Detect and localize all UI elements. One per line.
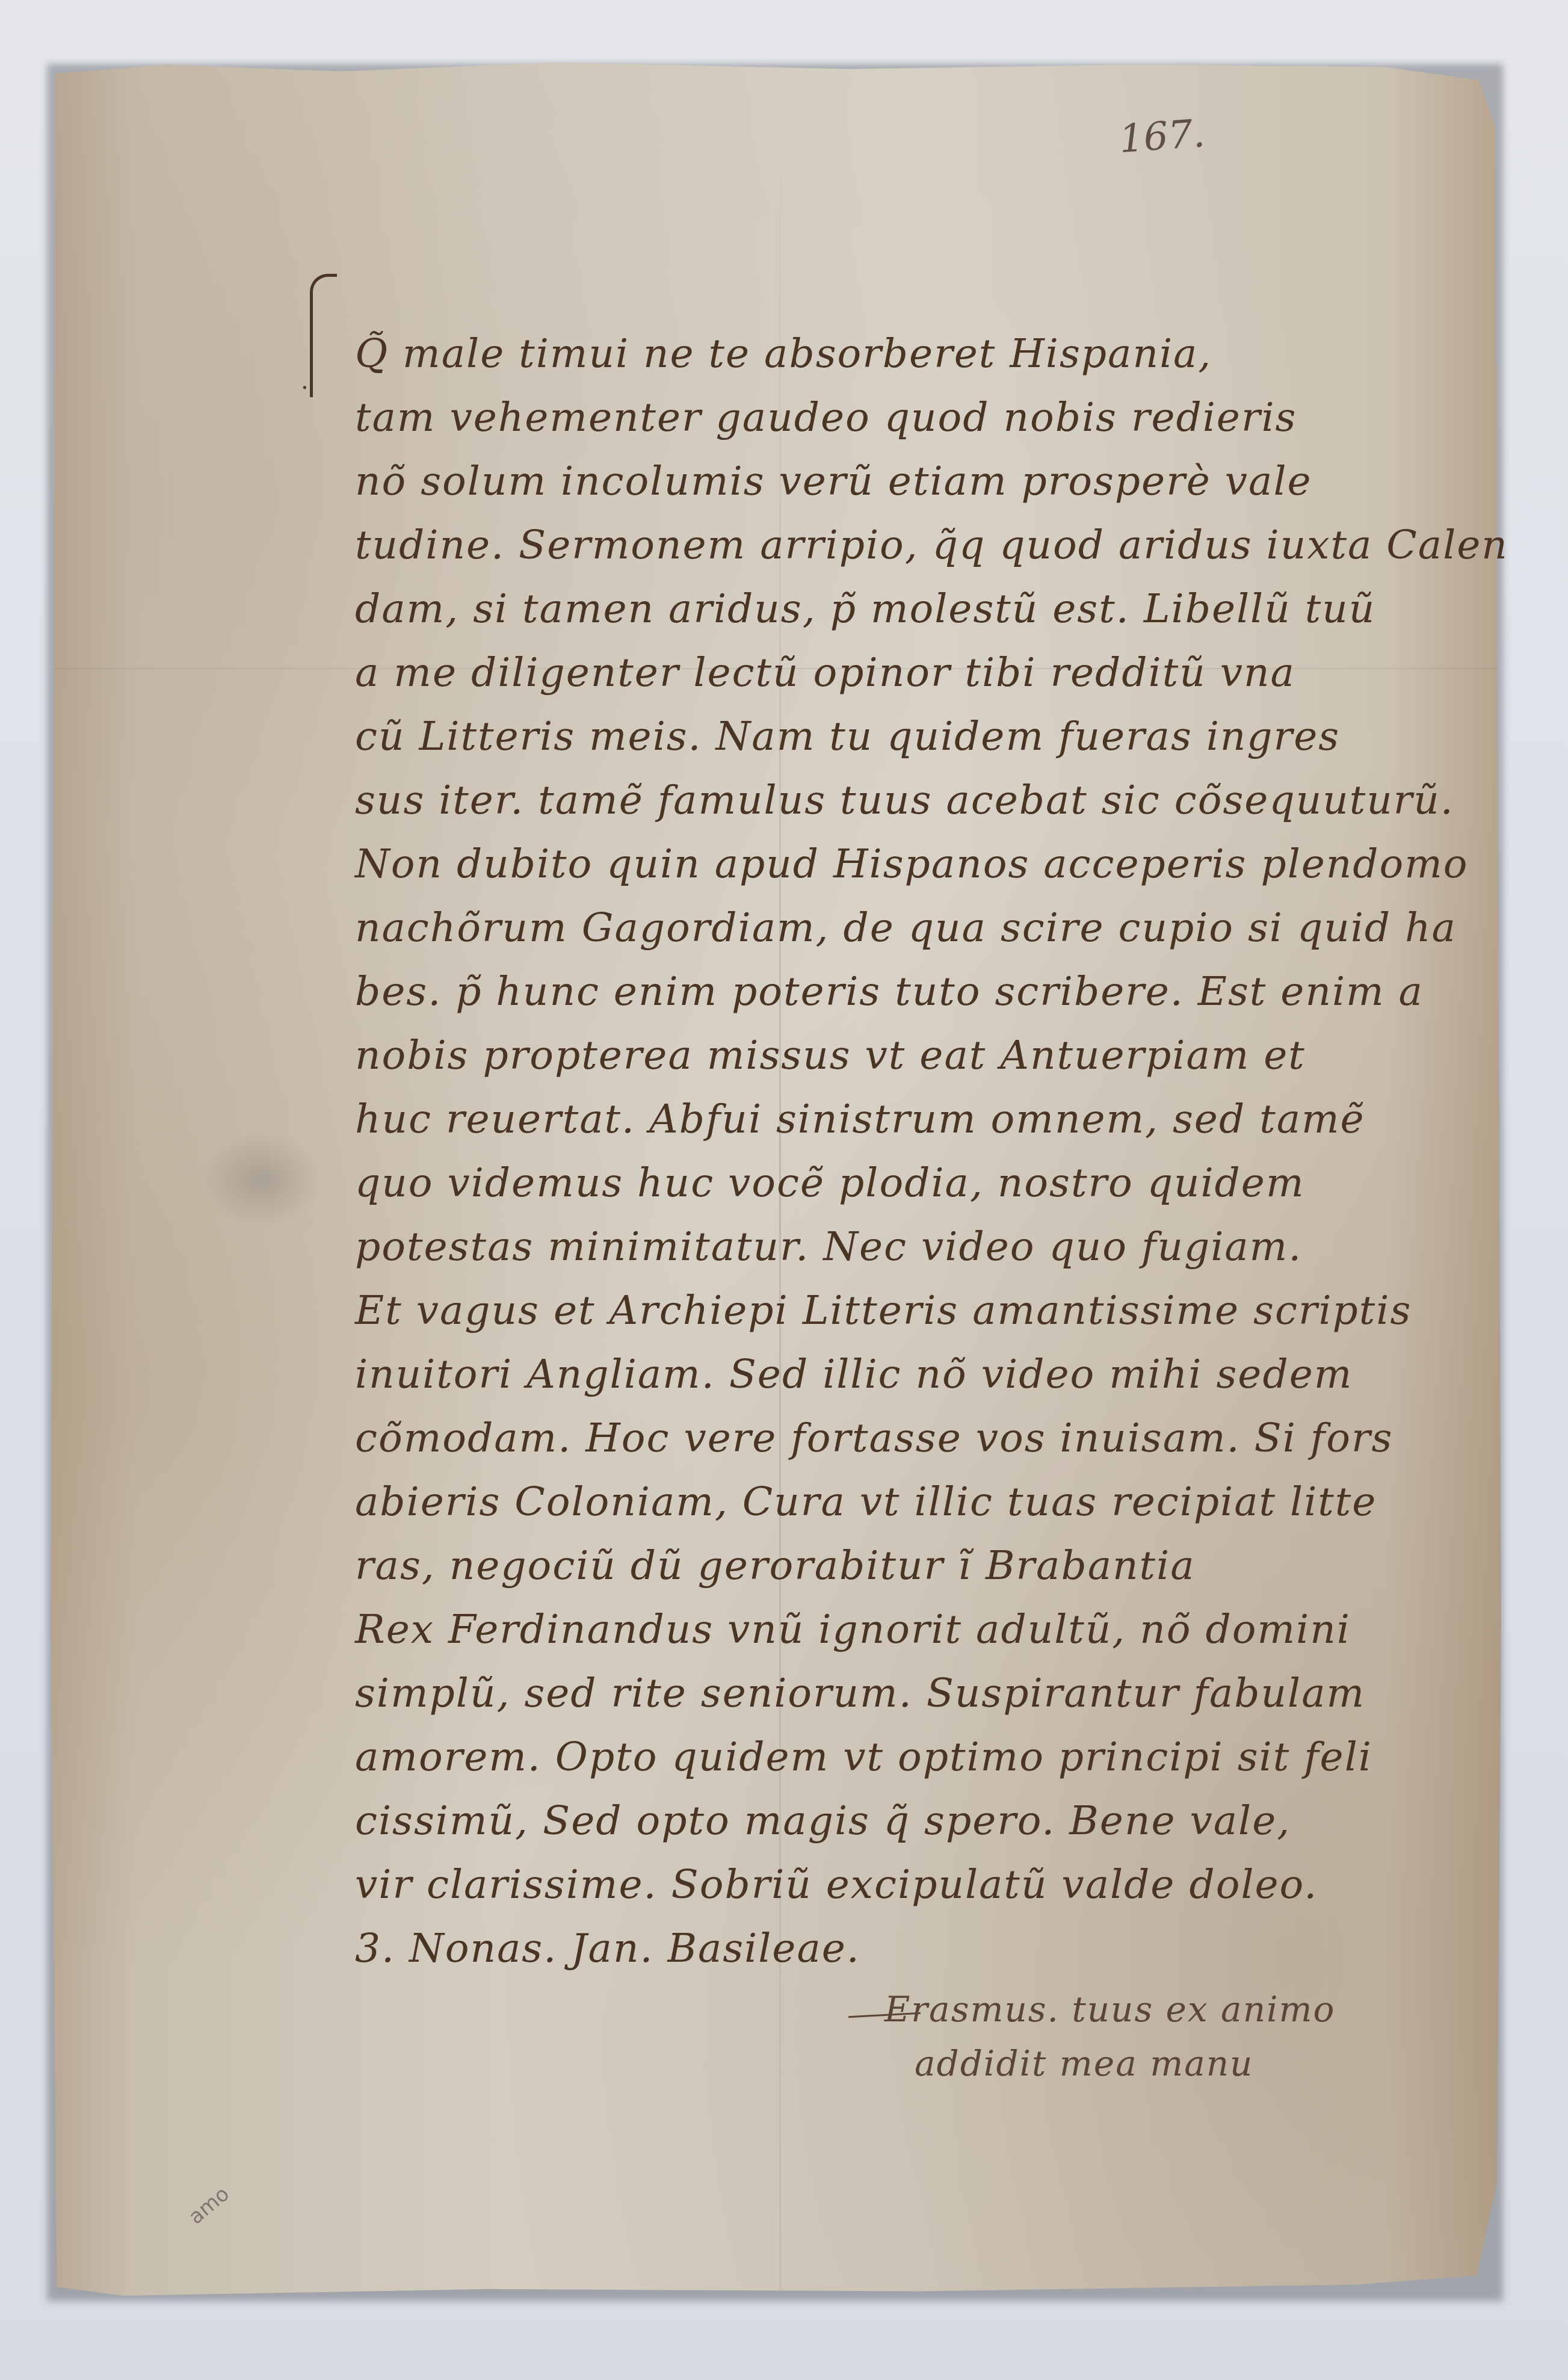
water-stain	[202, 1131, 322, 1228]
letter-line: quo videmus huc vocẽ plodia, nostro quid…	[355, 1163, 1305, 1203]
letter-line: dam, si tamen aridus, p̃ molestũ est. Li…	[355, 589, 1375, 629]
letter-line: cissimũ, Sed opto magis q̃ spero. Bene v…	[355, 1801, 1291, 1841]
letter-line: tudine. Sermonem arripio, q̃q quod aridu…	[355, 525, 1508, 565]
letter-line: nachõrum Gagordiam, de qua scire cupio s…	[355, 908, 1457, 948]
signature-subscript: addidit mea manu	[915, 2043, 1253, 2084]
letter-line: sus iter. tamẽ famulus tuus acebat sic c…	[355, 780, 1454, 820]
letter-line: inuitori Angliam. Sed illic nõ video mih…	[355, 1355, 1353, 1394]
letter-line: Q̃ male timui ne te absorberet Hispania,	[355, 334, 1212, 374]
letter-line: amorem. Opto quidem vt optimo principi s…	[355, 1737, 1372, 1777]
letter-line: cõmodam. Hoc vere fortasse vos inuisam. …	[355, 1418, 1393, 1458]
letter-line: Rex Ferdinandus vnũ ignorit adultũ, nõ d…	[355, 1610, 1351, 1649]
folio-number: 167.	[1118, 111, 1206, 162]
signature-line: Erasmus. tuus ex animo	[884, 1989, 1336, 2030]
letter-line: Non dubito quin apud Hispanos acceperis …	[355, 844, 1469, 884]
letter-line: bes. p̃ hunc enim poteris tuto scribere.…	[355, 972, 1424, 1012]
letter-line: vir clarissime. Sobriũ excipulatũ valde …	[355, 1865, 1318, 1905]
letter-line: nobis propterea missus vt eat Antuerpiam…	[355, 1036, 1306, 1075]
letter-line: tam vehementer gaudeo quod nobis redieri…	[355, 398, 1297, 437]
letter-line: potestas minimitatur. Nec video quo fugi…	[355, 1227, 1302, 1267]
salutation-mark: .	[301, 367, 309, 395]
letter-line: nõ solum incolumis verũ etiam prosperè v…	[355, 462, 1312, 501]
salutation-bracket-icon	[310, 274, 337, 397]
letter-line: cũ Litteris meis. Nam tu quidem fueras i…	[355, 717, 1340, 756]
pencil-annotation: amo	[184, 2182, 234, 2230]
letter-line: simplũ, sed rite seniorum. Suspirantur f…	[355, 1674, 1365, 1713]
letter-line: abieris Coloniam, Cura vt illic tuas rec…	[355, 1482, 1377, 1522]
letter-line: a me diligenter lectũ opinor tibi reddit…	[355, 653, 1295, 693]
letter-line: Et vagus et Archiepi Litteris amantissim…	[355, 1291, 1412, 1331]
letter-line: ras, negociũ dũ gerorabitur ĩ Brabantia	[355, 1546, 1196, 1586]
letter-line: huc reuertat. Abfui sinistrum omnem, sed…	[355, 1099, 1365, 1139]
letter-line-dateline: 3. Nonas. Jan. Basileae.	[355, 1929, 860, 1968]
